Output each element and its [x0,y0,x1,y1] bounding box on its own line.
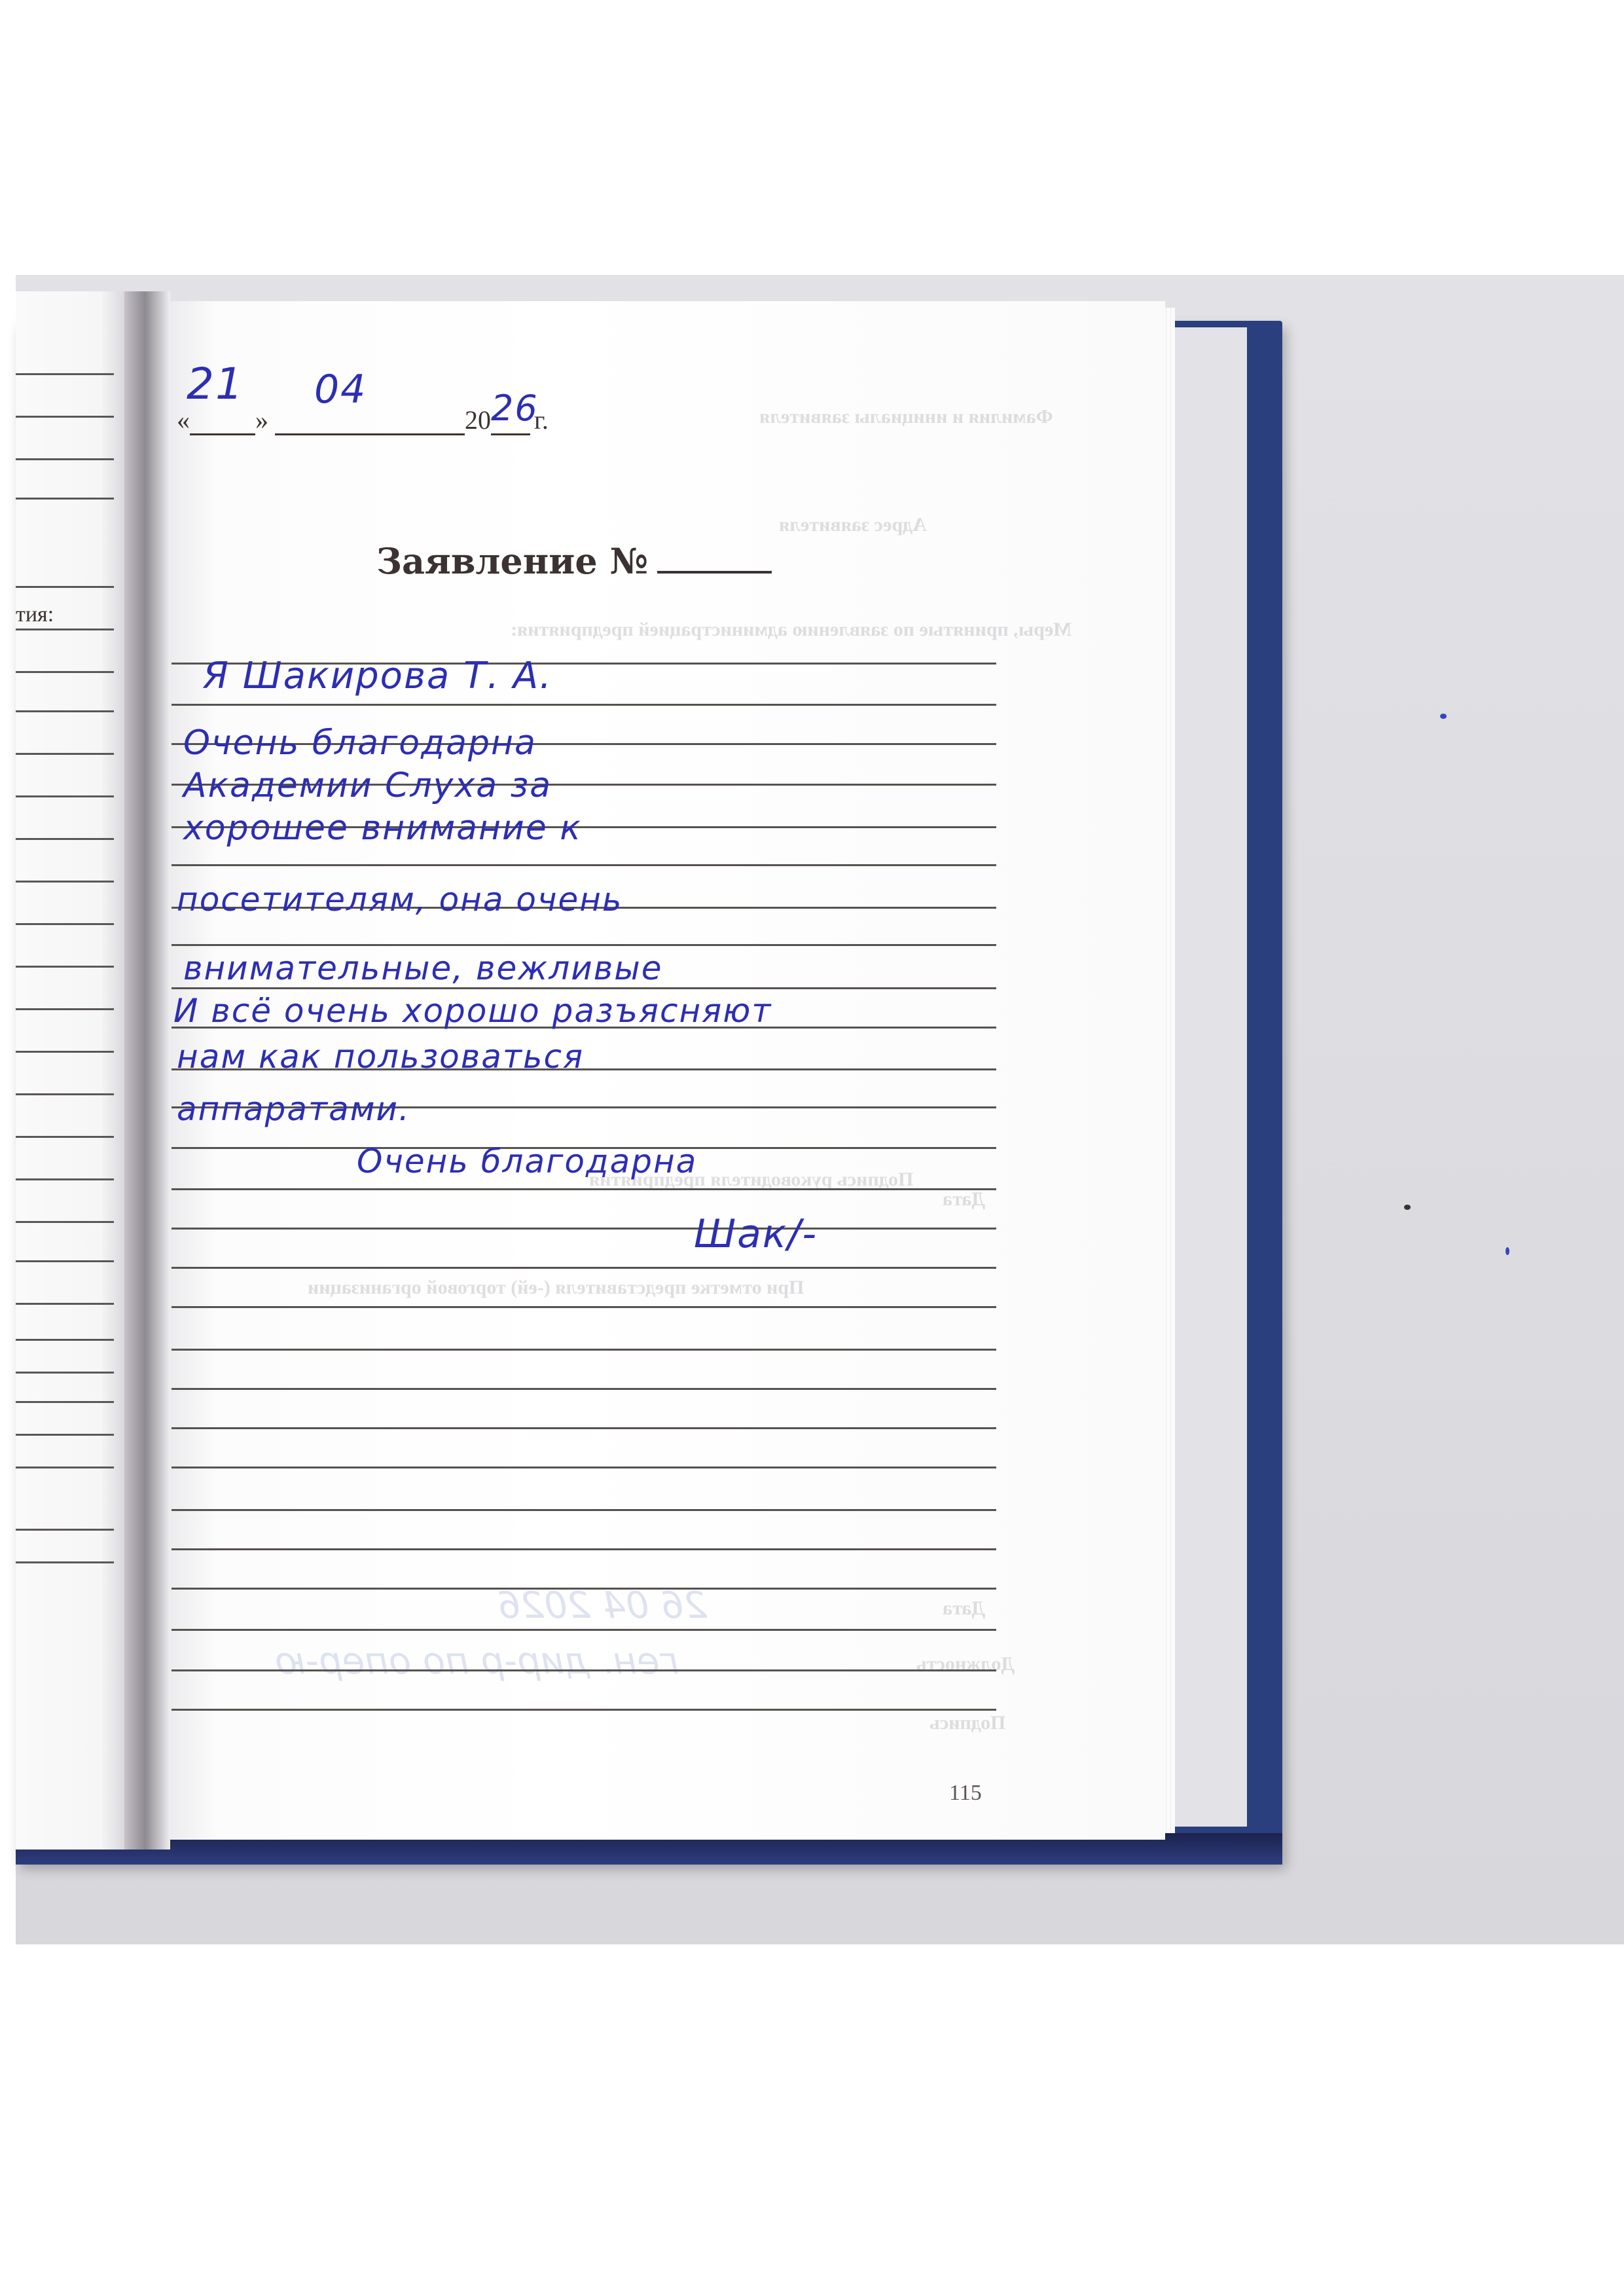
handwritten-closing: Очень благодарна [357,1142,697,1180]
handwritten-line: аппаратами. [177,1090,410,1128]
left-ruled-line [16,795,114,797]
ruled-line [171,1709,996,1711]
page-number: 115 [949,1781,982,1806]
bleed-handwriting: ген. дир-р по опер-ю [275,1640,679,1683]
left-ruled-line [16,1260,114,1262]
ruled-line [171,944,996,946]
dust-speck [1404,1205,1411,1210]
handwritten-line: Академии Слуха за [183,766,552,805]
left-ruled-line [16,458,114,460]
handwritten-line: внимательные, вежливые [183,949,662,987]
bleed-label: Подпись [929,1712,1005,1734]
left-ruled-line [16,586,114,588]
left-ruled-line [16,753,114,755]
left-ruled-line [16,1372,114,1374]
left-ruled-line [16,671,114,673]
left-ruled-line [16,498,114,500]
bleed-label: Фамилия и инициалы заявителя [759,406,1053,428]
bleed-label: При отметке представителя (-ей) торговой… [308,1277,804,1299]
left-ruled-line [16,1401,114,1403]
ruled-line [171,1188,996,1190]
inner-cover-board [1175,327,1247,1827]
left-ruled-line [16,1434,114,1436]
left-ruled-line [16,416,114,418]
left-ruled-line [16,1303,114,1305]
date-close-quote: » [255,405,268,435]
left-ruled-line [16,1136,114,1138]
ruled-line [171,1669,996,1671]
bleed-label: Должность [916,1653,1015,1675]
left-ruled-line [16,1561,114,1563]
bleed-label: Дата [943,1188,985,1211]
bleed-handwriting: 26 04 2026 [497,1584,708,1627]
left-ruled-line [16,923,114,925]
left-ruled-line [16,1093,114,1095]
ruled-line [171,1228,996,1230]
book-gutter [124,291,170,1850]
bleed-label: Адрес заявителя [779,514,927,536]
ruled-line [171,1588,996,1590]
bleed-label: Дата [943,1597,985,1620]
left-page-caption: тия: [16,602,54,627]
ruled-line [171,1509,996,1511]
day-blank [190,407,255,435]
bleed-label: Меры, принятые по заявлению администраци… [511,619,1072,641]
ruled-line [171,864,996,866]
signature: Шак/- [694,1211,818,1257]
handwritten-line: Я Шакирова Т. А. [203,655,552,697]
ruled-line [171,1388,996,1390]
left-ruled-line [16,1467,114,1468]
ruled-line [171,704,996,706]
ruled-line [171,1427,996,1429]
handwritten-day: 21 [187,359,244,409]
ink-speck [1506,1247,1509,1255]
title-text: Заявление № [376,540,648,582]
handwritten-line: нам как пользоваться [177,1038,584,1076]
left-ruled-line [16,1051,114,1053]
left-ruled-line [16,1008,114,1010]
ruled-line [171,1629,996,1631]
handwritten-month: 04 [314,367,367,412]
ruled-line [171,1467,996,1468]
left-ruled-line [16,1529,114,1531]
ruled-line [171,987,996,989]
left-ruled-line [16,629,114,630]
left-ruled-line [16,838,114,840]
handwritten-line: посетителям, она очень [177,881,623,919]
handwritten-line: хорошее внимание к [183,809,582,848]
application-number-blank [657,538,772,574]
left-ruled-line [16,1178,114,1180]
ruled-line [171,1267,996,1269]
document-title: Заявление № [376,538,772,582]
year-prefix: 20 [465,405,491,435]
handwritten-line: Очень благодарна [183,723,537,763]
left-ruled-line [16,1221,114,1223]
handwritten-line: И всё очень хорошо разъясняют [173,992,772,1030]
ink-speck [1440,714,1447,719]
left-ruled-line [16,373,114,375]
month-blank [275,407,465,435]
ruled-line [171,1349,996,1351]
handwritten-year: 26 [491,388,539,429]
ruled-line [171,1306,996,1308]
ruled-line [171,1548,996,1550]
left-ruled-line [16,881,114,883]
left-ruled-line [16,1339,114,1341]
left-ruled-line [16,710,114,712]
date-open-quote: « [177,405,190,435]
left-ruled-line [16,966,114,968]
